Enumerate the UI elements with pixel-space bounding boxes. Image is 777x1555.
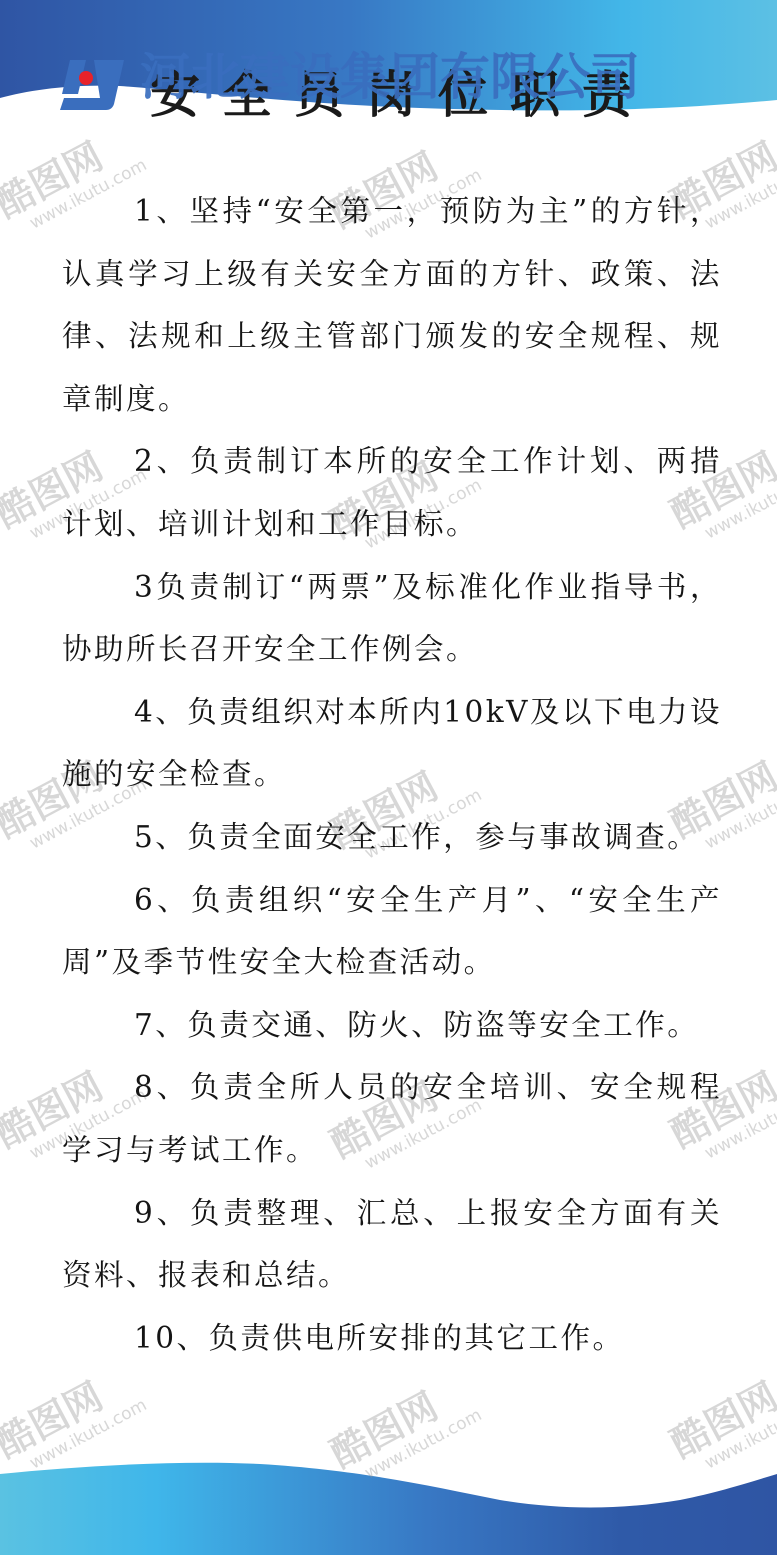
duty-item-1: 1、坚持“安全第一，预防为主”的方针，认真学习上级有关安全方面的方针、政策、法律… — [62, 180, 722, 430]
footer-wave-background — [0, 1460, 777, 1555]
duty-item-10: 10、负责供电所安排的其它工作。 — [62, 1307, 722, 1370]
company-name: 河北建设集团有限公司 — [140, 52, 640, 102]
duty-item-6: 6、负责组织“安全生产月”、“安全生产周”及季节性安全大检查活动。 — [62, 869, 722, 994]
duty-item-7: 7、负责交通、防火、防盗等安全工作。 — [62, 994, 722, 1057]
duty-item-2: 2、负责制订本所的安全工作计划、两措计划、培训计划和工作目标。 — [62, 430, 722, 555]
watermark-brand: 酷图网 — [325, 1370, 475, 1474]
watermark-brand: 酷图网 — [0, 1360, 140, 1464]
company-logo-icon — [56, 58, 126, 112]
duty-item-5: 5、负责全面安全工作，参与事故调查。 — [62, 806, 722, 869]
duty-item-4: 4、负责组织对本所内10kV及以下电力设施的安全检查。 — [62, 681, 722, 806]
duty-item-8: 8、负责全所人员的安全培训、安全规程学习与考试工作。 — [62, 1056, 722, 1181]
duties-list: 1、坚持“安全第一，预防为主”的方针，认真学习上级有关安全方面的方针、政策、法律… — [62, 180, 722, 1369]
duty-item-3: 3负责制订“两票”及标准化作业指导书，协助所长召开安全工作例会。 — [62, 556, 722, 681]
duty-item-9: 9、负责整理、汇总、上报安全方面有关资料、报表和总结。 — [62, 1182, 722, 1307]
watermark-brand: 酷图网 — [665, 1360, 777, 1464]
